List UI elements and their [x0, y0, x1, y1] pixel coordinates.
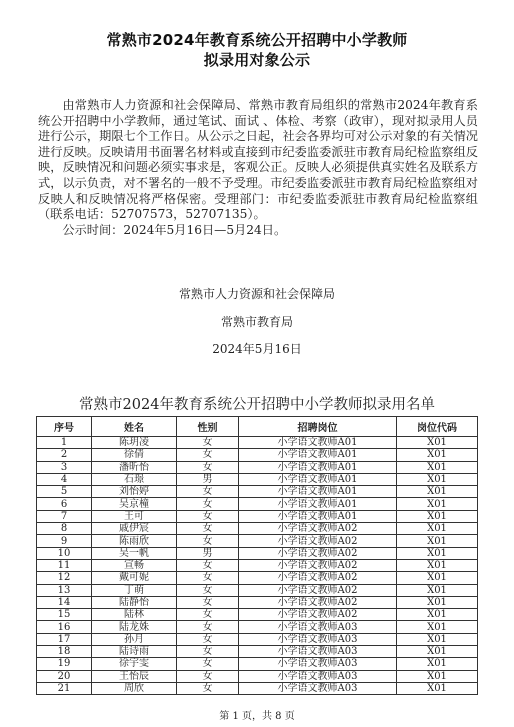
cell-gender: 女 [177, 498, 239, 510]
cell-gender: 女 [177, 658, 239, 670]
document-title-line2: 拟录用对象公示 [0, 49, 514, 70]
cell-name: 陈雨欣 [92, 535, 177, 547]
column-header-position: 招聘岗位 [239, 417, 397, 437]
announcement-body: 由常熟市人力资源和社会保障局、常熟市教育局组织的常熟市2024年教育系统公开招聘… [38, 98, 478, 238]
table-row: 8戚伊宸女小学语文教师A02X01 [37, 523, 478, 535]
cell-position-code: X01 [397, 486, 478, 498]
cell-index: 1 [37, 437, 92, 449]
roster-header-row: 序号 姓名 性别 招聘岗位 岗位代码 [37, 417, 478, 437]
cell-position-code: X01 [397, 449, 478, 461]
cell-position-code: X01 [397, 498, 478, 510]
table-row: 17孙月女小学语文教师A03X01 [37, 633, 478, 645]
cell-gender: 女 [177, 682, 239, 694]
cell-position: 小学语文教师A02 [239, 559, 397, 571]
cell-position: 小学语文教师A01 [239, 486, 397, 498]
cell-gender: 女 [177, 510, 239, 522]
announcement-paragraph: 由常熟市人力资源和社会保障局、常熟市教育局组织的常熟市2024年教育系统公开招聘… [38, 98, 478, 223]
cell-position: 小学语文教师A03 [239, 633, 397, 645]
cell-position: 小学语文教师A03 [239, 646, 397, 658]
cell-index: 4 [37, 473, 92, 485]
cell-position-code: X01 [397, 646, 478, 658]
cell-position-code: X01 [397, 473, 478, 485]
cell-position-code: X01 [397, 572, 478, 584]
cell-position: 小学语文教师A02 [239, 584, 397, 596]
cell-index: 6 [37, 498, 92, 510]
cell-name: 徐倩 [92, 449, 177, 461]
cell-position: 小学语文教师A03 [239, 621, 397, 633]
column-header-gender: 性别 [177, 417, 239, 437]
cell-index: 5 [37, 486, 92, 498]
cell-position-code: X01 [397, 682, 478, 694]
cell-position-code: X01 [397, 523, 478, 535]
cell-index: 10 [37, 547, 92, 559]
table-row: 19徐宇雯女小学语文教师A03X01 [37, 658, 478, 670]
cell-name: 吴京橦 [92, 498, 177, 510]
table-row: 7王可女小学语文教师A01X01 [37, 510, 478, 522]
table-row: 6吴京橦女小学语文教师A01X01 [37, 498, 478, 510]
cell-name: 徐宇雯 [92, 658, 177, 670]
signature-date: 2024年5月16日 [0, 340, 514, 357]
cell-position: 小学语文教师A01 [239, 461, 397, 473]
cell-name: 戚伊宸 [92, 523, 177, 535]
cell-position: 小学语文教师A01 [239, 473, 397, 485]
cell-index: 14 [37, 596, 92, 608]
cell-name: 孙月 [92, 633, 177, 645]
table-row: 12戴可妮女小学语文教师A02X01 [37, 572, 478, 584]
table-row: 11宣畅女小学语文教师A02X01 [37, 559, 478, 571]
table-row: 21周欣女小学语文教师A03X01 [37, 682, 478, 694]
cell-gender: 女 [177, 523, 239, 535]
table-row: 16陆龙姝女小学语文教师A03X01 [37, 621, 478, 633]
cell-gender: 女 [177, 437, 239, 449]
cell-index: 2 [37, 449, 92, 461]
cell-position: 小学语文教师A02 [239, 572, 397, 584]
column-header-index: 序号 [37, 417, 92, 437]
cell-index: 18 [37, 646, 92, 658]
cell-name: 石璟 [92, 473, 177, 485]
table-row: 10吴一帆男小学语文教师A02X01 [37, 547, 478, 559]
cell-gender: 女 [177, 609, 239, 621]
cell-position-code: X01 [397, 621, 478, 633]
cell-position: 小学语文教师A03 [239, 670, 397, 682]
cell-name: 刘怡婷 [92, 486, 177, 498]
table-row: 15陆林女小学语文教师A02X01 [37, 609, 478, 621]
cell-position-code: X01 [397, 596, 478, 608]
cell-position: 小学语文教师A03 [239, 682, 397, 694]
cell-position: 小学语文教师A01 [239, 498, 397, 510]
cell-name: 陆龙姝 [92, 621, 177, 633]
cell-gender: 女 [177, 596, 239, 608]
cell-position-code: X01 [397, 609, 478, 621]
cell-position: 小学语文教师A02 [239, 535, 397, 547]
cell-position-code: X01 [397, 535, 478, 547]
cell-index: 11 [37, 559, 92, 571]
cell-gender: 女 [177, 461, 239, 473]
cell-name: 戴可妮 [92, 572, 177, 584]
cell-position-code: X01 [397, 670, 478, 682]
cell-gender: 女 [177, 621, 239, 633]
cell-index: 7 [37, 510, 92, 522]
cell-gender: 女 [177, 670, 239, 682]
cell-gender: 女 [177, 572, 239, 584]
cell-name: 吴一帆 [92, 547, 177, 559]
document-title-line1: 常熟市2024年教育系统公开招聘中小学教师 [0, 29, 514, 50]
cell-gender: 女 [177, 559, 239, 571]
cell-position: 小学语文教师A03 [239, 658, 397, 670]
cell-gender: 女 [177, 646, 239, 658]
cell-gender: 女 [177, 449, 239, 461]
cell-gender: 女 [177, 633, 239, 645]
cell-name: 陈玥凌 [92, 437, 177, 449]
cell-index: 3 [37, 461, 92, 473]
page-indicator: 第 1 页，共 8 页 [0, 707, 514, 722]
cell-position: 小学语文教师A01 [239, 510, 397, 522]
cell-position: 小学语文教师A01 [239, 449, 397, 461]
cell-position-code: X01 [397, 437, 478, 449]
cell-index: 16 [37, 621, 92, 633]
table-row: 1陈玥凌女小学语文教师A01X01 [37, 437, 478, 449]
cell-name: 陆静怡 [92, 596, 177, 608]
cell-position-code: X01 [397, 510, 478, 522]
cell-index: 9 [37, 535, 92, 547]
table-row: 13丁萌女小学语文教师A02X01 [37, 584, 478, 596]
cell-gender: 女 [177, 486, 239, 498]
column-header-position-code: 岗位代码 [397, 417, 478, 437]
cell-name: 陆林 [92, 609, 177, 621]
cell-name: 丁萌 [92, 584, 177, 596]
cell-index: 20 [37, 670, 92, 682]
cell-position-code: X01 [397, 584, 478, 596]
roster-title: 常熟市2024年教育系统公开招聘中小学教师拟录用名单 [0, 393, 514, 414]
cell-position: 小学语文教师A02 [239, 596, 397, 608]
table-row: 3潘昕怡女小学语文教师A01X01 [37, 461, 478, 473]
table-row: 5刘怡婷女小学语文教师A01X01 [37, 486, 478, 498]
cell-position-code: X01 [397, 461, 478, 473]
cell-gender: 男 [177, 473, 239, 485]
table-row: 14陆静怡女小学语文教师A02X01 [37, 596, 478, 608]
cell-position: 小学语文教师A02 [239, 523, 397, 535]
table-row: 20王怡辰女小学语文教师A03X01 [37, 670, 478, 682]
table-row: 2徐倩女小学语文教师A01X01 [37, 449, 478, 461]
cell-index: 12 [37, 572, 92, 584]
cell-position-code: X01 [397, 547, 478, 559]
cell-gender: 女 [177, 535, 239, 547]
cell-position: 小学语文教师A01 [239, 437, 397, 449]
cell-index: 8 [37, 523, 92, 535]
cell-position: 小学语文教师A02 [239, 609, 397, 621]
cell-name: 陆诗雨 [92, 646, 177, 658]
announcement-period: 公示时间：2024年5月16日—5月24日。 [38, 223, 478, 239]
cell-name: 宣畅 [92, 559, 177, 571]
cell-index: 21 [37, 682, 92, 694]
cell-index: 15 [37, 609, 92, 621]
cell-position-code: X01 [397, 633, 478, 645]
cell-index: 19 [37, 658, 92, 670]
cell-position: 小学语文教师A02 [239, 547, 397, 559]
cell-gender: 女 [177, 584, 239, 596]
table-row: 18陆诗雨女小学语文教师A03X01 [37, 646, 478, 658]
column-header-name: 姓名 [92, 417, 177, 437]
cell-position-code: X01 [397, 559, 478, 571]
cell-gender: 男 [177, 547, 239, 559]
cell-index: 17 [37, 633, 92, 645]
cell-name: 王怡辰 [92, 670, 177, 682]
cell-name: 周欣 [92, 682, 177, 694]
signature-org-hrss: 常熟市人力资源和社会保障局 [0, 285, 514, 302]
cell-index: 13 [37, 584, 92, 596]
cell-name: 潘昕怡 [92, 461, 177, 473]
table-row: 9陈雨欣女小学语文教师A02X01 [37, 535, 478, 547]
roster-body: 1陈玥凌女小学语文教师A01X012徐倩女小学语文教师A01X013潘昕怡女小学… [37, 437, 478, 695]
roster-table: 序号 姓名 性别 招聘岗位 岗位代码 1陈玥凌女小学语文教师A01X012徐倩女… [36, 416, 478, 695]
signature-org-education: 常熟市教育局 [0, 313, 514, 330]
cell-position-code: X01 [397, 658, 478, 670]
cell-name: 王可 [92, 510, 177, 522]
table-row: 4石璟男小学语文教师A01X01 [37, 473, 478, 485]
